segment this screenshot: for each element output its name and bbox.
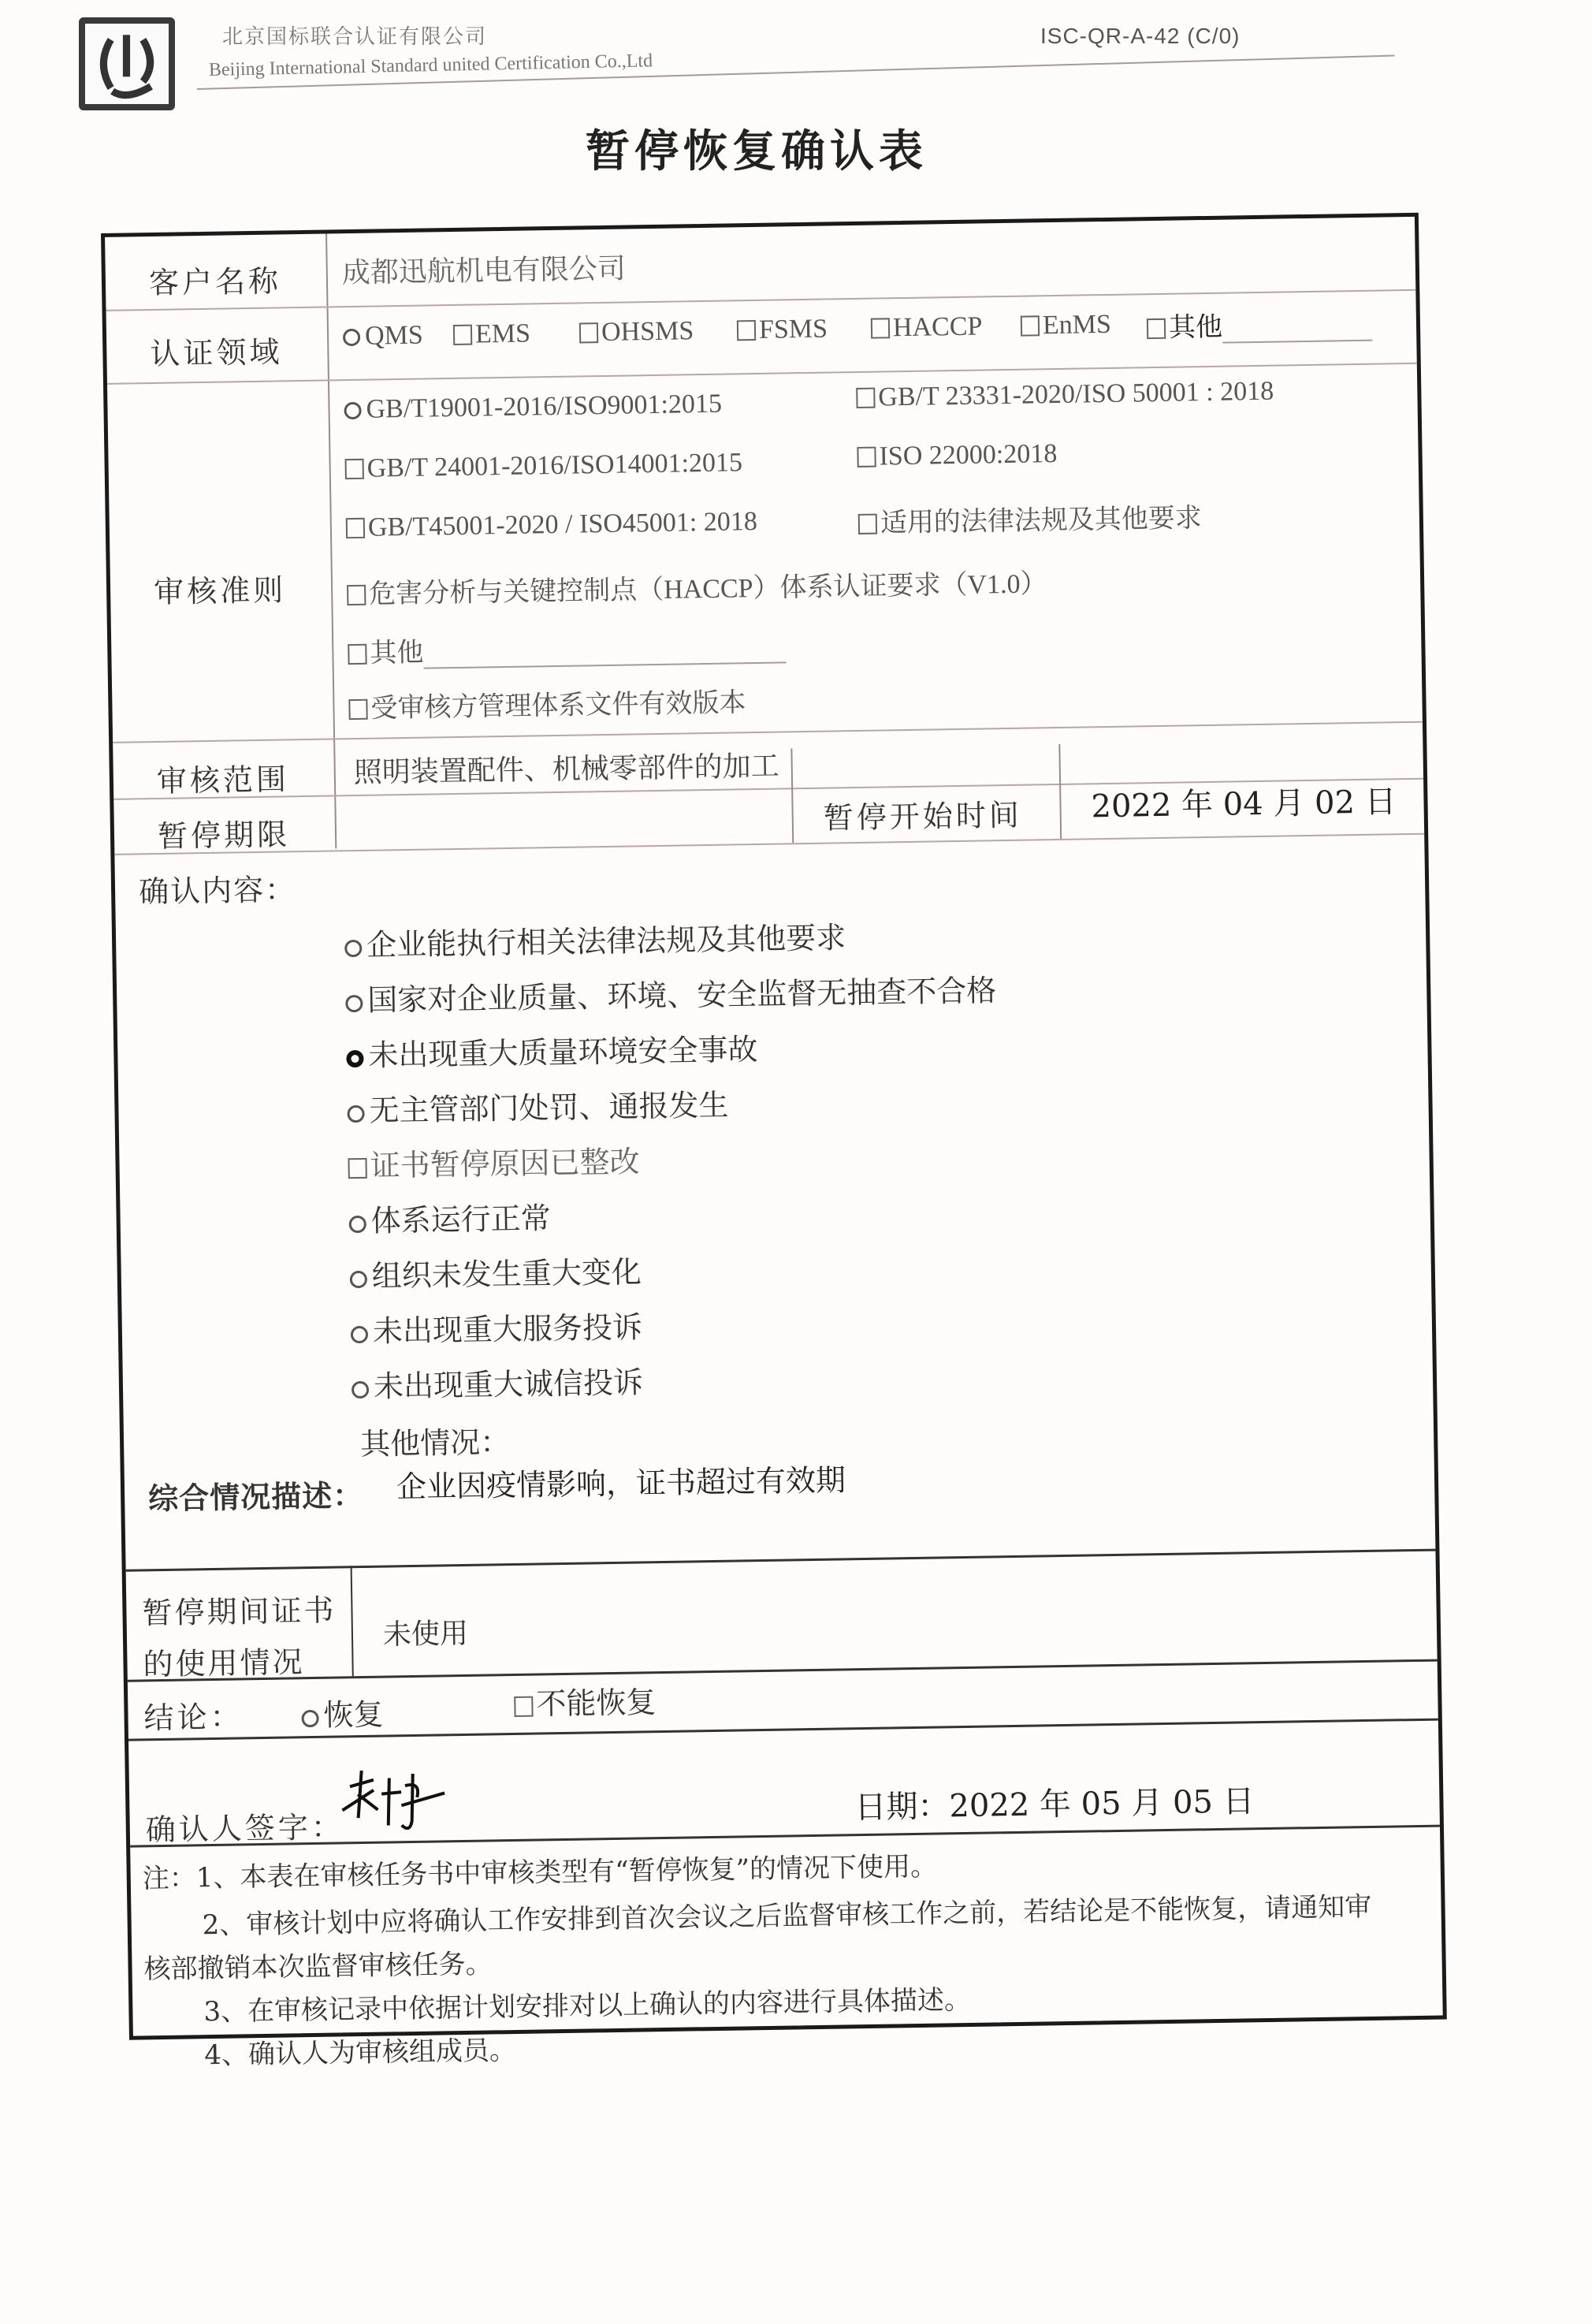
page-title: 暂停恢复确认表 [0,117,1513,180]
note-2: 2、审核计划中应将确认工作安排到首次会议之后监督审核工作之前，若结论是不能恢复，… [202,1885,1371,1942]
cert-domain-ohsms[interactable]: OHSMS [579,316,694,348]
company-name-en: Beijing International Standard united Ce… [209,50,653,81]
checkbox-icon [579,322,598,343]
checkbox-icon [858,514,877,534]
checkbox-icon [871,318,890,338]
note-3: 3、在审核记录中依据计划安排对以上确认的内容进行具体描述。 [203,1978,971,2028]
suspension-start-label: 暂停开始时间 [823,791,1022,837]
note-1: 注：1、本表在审核任务书中审核类型有“暂停恢复”的情况下使用。 [142,1845,937,1896]
conclusion-restore[interactable]: 恢复 [301,1690,384,1735]
criteria-iso50001[interactable]: GB/T 23331-2020/ISO 50001 : 2018 [856,377,1274,413]
company-name-cn: 北京国标联合认证有限公司 [222,20,487,50]
confirmation-form: 客户名称 成都迅航机电有限公司 认证领域 QMS EMS OHSMS FSMS … [101,213,1447,2040]
criteria-other[interactable]: 其他 [348,624,787,670]
cert-usage-label-1: 暂停期间证书 [142,1586,337,1633]
confirm-item[interactable]: 企业能执行相关法律法规及其他要求 [344,913,846,964]
radio-checked-icon [346,1050,363,1067]
confirm-item[interactable]: 无主管部门处罚、通报发生 [347,1081,729,1130]
label-column-divider [325,233,337,848]
suspension-start-value: 2022 年 04 月 02 日 [1091,777,1397,826]
other-blank[interactable] [1222,340,1372,344]
radio-checked-icon [345,995,363,1012]
checkbox-icon [737,320,756,341]
cell-divider [351,1566,354,1676]
checkbox-icon [345,459,364,479]
checkbox-icon [857,447,876,467]
signature-date: 日期：2022 年 05 月 05 日 [854,1776,1255,1827]
confirmation-label: 确认内容： [139,865,297,911]
radio-checked-icon [344,402,361,419]
criteria-iso22000[interactable]: ISO 22000:2018 [857,439,1057,472]
radio-checked-icon [344,940,362,957]
summary-label: 综合情况描述： [148,1471,364,1518]
criteria-iso45001[interactable]: GB/T45001-2020 / ISO45001: 2018 [346,507,757,543]
cert-domain-haccp[interactable]: HACCP [871,311,983,343]
company-logo-icon [79,17,175,110]
radio-checked-icon [343,329,360,346]
radio-checked-icon [351,1326,368,1343]
cert-domain-label: 认证领域 [150,327,283,373]
cert-domain-ems[interactable]: EMS [453,318,531,350]
confirm-item[interactable]: 证书暂停原因已整改 [348,1137,640,1185]
row-divider [126,1549,1436,1572]
checkbox-icon [856,388,875,408]
cert-domain-enms[interactable]: EnMS [1021,310,1112,341]
confirm-item[interactable]: 组织未发生重大变化 [349,1247,642,1295]
audit-scope-label: 审核范围 [156,754,289,800]
checkbox-icon [348,644,366,665]
form-number: ISC-QR-A-42 (C/0) [1040,24,1240,49]
conclusion-label: 结论： [143,1692,244,1737]
checkbox-icon [348,699,367,720]
row-divider [128,1659,1438,1682]
cert-domain-other[interactable]: 其他 [1147,303,1373,345]
cert-domain-fsms[interactable]: FSMS [737,315,828,346]
criteria-client-docs[interactable]: 受审核方管理体系文件有效版本 [348,680,746,725]
handwritten-signature-icon [326,1761,454,1842]
other-situation-label: 其他情况： [360,1417,511,1463]
criteria-haccp[interactable]: 危害分析与关键控制点（HACCP）体系认证要求（V1.0） [347,561,1047,611]
cell-divider [790,748,794,843]
checkbox-icon [514,1696,533,1717]
radio-checked-icon [350,1271,367,1288]
conclusion-cannot-restore[interactable]: 不能恢复 [514,1678,657,1723]
audit-criteria-label: 审核准则 [154,565,287,611]
confirm-item[interactable]: 国家对企业质量、环境、安全监督无抽查不合格 [345,966,997,1019]
criteria-iso9001[interactable]: GB/T19001-2016/ISO9001:2015 [344,389,722,426]
confirm-item[interactable]: 未出现重大诚信投诉 [352,1358,644,1406]
client-name-value: 成都迅航机电有限公司 [341,247,626,292]
checkbox-icon [1147,318,1166,339]
radio-checked-icon [352,1381,369,1398]
cert-domain-qms[interactable]: QMS [343,321,423,352]
checkbox-icon [347,585,366,605]
checkbox-icon [348,1158,366,1179]
checkbox-icon [346,518,365,538]
cell-divider [1058,744,1062,839]
radio-checked-icon [349,1216,366,1233]
summary-value: 企业因疫情影响，证书超过有效期 [396,1455,846,1506]
checkbox-icon [453,325,472,345]
suspension-period-label: 暂停期限 [158,810,291,855]
confirm-item[interactable]: 未出现重大服务投诉 [350,1302,642,1350]
confirm-item[interactable]: 未出现重大质量环境安全事故 [346,1025,758,1074]
note-4: 4、确认人为审核组成员。 [204,2028,516,2072]
confirm-item[interactable]: 体系运行正常 [348,1194,551,1240]
audit-scope-value: 照明装置配件、机械零部件的加工 [353,744,779,791]
note-2-cont: 核部撤销本次监督审核任务。 [143,1942,493,1986]
radio-checked-icon [347,1105,364,1123]
checkbox-icon [1021,315,1040,336]
cert-usage-value: 未使用 [383,1611,469,1653]
client-name-label: 客户名称 [149,256,282,302]
radio-checked-icon [301,1710,318,1727]
other-blank[interactable] [424,661,787,669]
row-divider [114,833,1424,855]
criteria-iso14001[interactable]: GB/T 24001-2016/ISO14001:2015 [344,448,742,484]
row-divider [113,721,1423,743]
criteria-legal[interactable]: 适用的法律法规及其他要求 [857,496,1202,540]
